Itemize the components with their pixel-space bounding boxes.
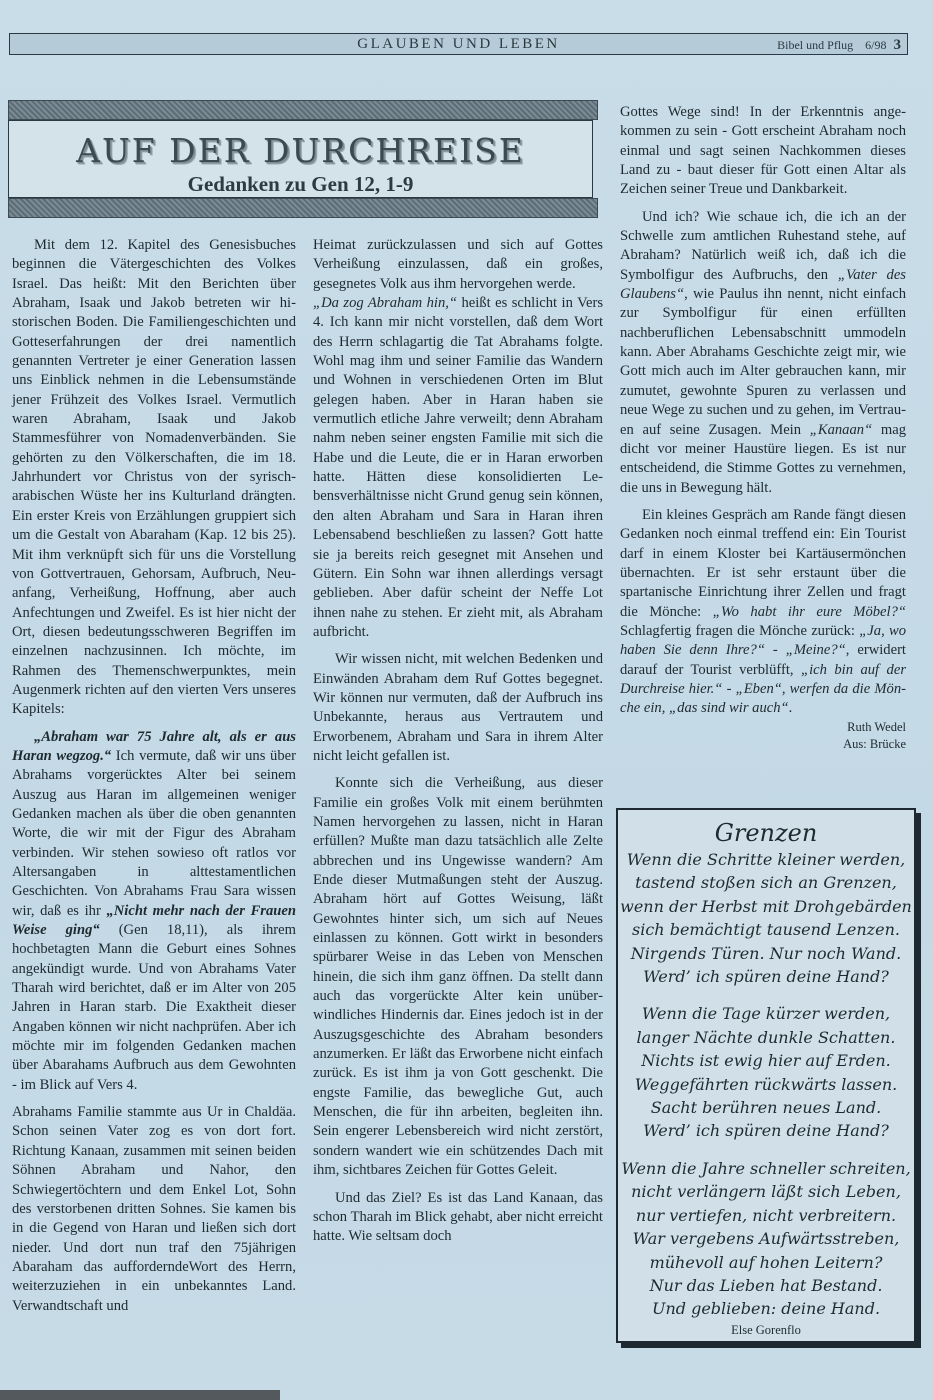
poem-box: Grenzen Wenn die Schritte kleiner werden… <box>616 808 916 1343</box>
article-source: Aus: Brücke <box>620 736 906 753</box>
article-subtitle: Gedanken zu Gen 12, 1-9 <box>9 172 592 197</box>
quote: „Kanaan“ <box>810 422 872 438</box>
title-panel: AUF DER DURCHREISE Gedanken zu Gen 12, 1… <box>8 120 593 198</box>
article-title-box: AUF DER DURCHREISE Gedanken zu Gen 12, 1… <box>8 100 598 218</box>
poem-line: nur vertiefen, nicht verbreitern. <box>618 1204 914 1227</box>
poem-title: Grenzen <box>618 818 914 848</box>
poem-line: Und geblieben: deine Hand. <box>618 1297 914 1320</box>
paragraph: „Abraham war 75 Jahre alt, als er aus Ha… <box>12 728 296 1096</box>
poem-author: Else Gorenflo <box>618 1323 914 1338</box>
poem-line: mühevoll auf hohen Leitern? <box>618 1251 914 1274</box>
article-column-left: Mit dem 12. Kapitel des Genesisbuches be… <box>12 236 296 1316</box>
poem-line: Werd’ ich spüren deine Hand? <box>618 1119 914 1142</box>
paragraph: Gottes Wege sind! In der Erkenntnis ange… <box>620 103 906 200</box>
article-title: AUF DER DURCHREISE <box>9 131 592 170</box>
poem-line: Wenn die Schritte kleiner werden, <box>618 848 914 871</box>
section-title: GLAUBEN UND LEBEN <box>10 36 907 53</box>
poem-stanza: Wenn die Schritte kleiner werden, tasten… <box>618 848 914 988</box>
hatched-border-top <box>8 100 598 120</box>
hatched-border-bottom <box>8 198 598 218</box>
poem-line: Wenn die Tage kürzer werden, <box>618 1002 914 1025</box>
paragraph: Mit dem 12. Kapitel des Genesisbuches be… <box>12 236 296 720</box>
bible-quote: „Da zog Abraham hin,“ <box>313 295 457 311</box>
poem-line: Wenn die Jahre schneller schreiten, <box>618 1157 914 1180</box>
poem-line: Nichts ist ewig hier auf Erden. <box>618 1049 914 1072</box>
poem-line: nicht verlängern läßt sich Leben, <box>618 1180 914 1203</box>
page-number: 3 <box>894 37 902 53</box>
paragraph: Und das Ziel? Es ist das Land Kanaan, da… <box>313 1189 603 1247</box>
paragraph: Ein kleines Gespräch am Rande fängt dies… <box>620 506 906 719</box>
poem-line: Sacht berühren neues Land. <box>618 1096 914 1119</box>
page-header: GLAUBEN UND LEBEN Bibel und Pflug 6/98 3 <box>9 33 908 55</box>
poem-line: Nur das Lieben hat Bestand. <box>618 1274 914 1297</box>
article-author: Ruth Wedel <box>620 719 906 736</box>
poem-line: sich bemächtigt tausend Lenzen. <box>618 918 914 941</box>
magazine-page: GLAUBEN UND LEBEN Bibel und Pflug 6/98 3… <box>0 0 933 1400</box>
poem-line: tastend stoßen sich an Grenzen, <box>618 871 914 894</box>
poem-line: Nirgends Türen. Nur noch Wand. <box>618 942 914 965</box>
quote: „Wo habt ihr eure Möbel?“ <box>713 604 906 620</box>
paragraph: „Da zog Abraham hin,“ heißt es schlicht … <box>313 294 603 642</box>
page-edge-shadow <box>0 1390 280 1400</box>
paragraph: Und ich? Wie schaue ich, die ich an der … <box>620 208 906 498</box>
publication-name: Bibel und Pflug <box>777 38 853 52</box>
poem-line: wenn der Herbst mit Drohgebärden <box>618 895 914 918</box>
poem-line: Weggefährten rückwärts lassen. <box>618 1073 914 1096</box>
article-column-right: Gottes Wege sind! In der Erkenntnis ange… <box>620 103 906 753</box>
paragraph: Heimat zurückzulassen und sich auf Gotte… <box>313 236 603 294</box>
article-column-middle: Heimat zurückzulassen und sich auf Gotte… <box>313 236 603 1247</box>
poem-stanza: Wenn die Jahre schneller schreiten, nich… <box>618 1157 914 1321</box>
paragraph: Konnte sich die Verheißung, aus dieser F… <box>313 774 603 1180</box>
poem-line: langer Nächte dunkle Schatten. <box>618 1026 914 1049</box>
poem-line: War vergebens Aufwärtsstreben, <box>618 1227 914 1250</box>
paragraph: Abrahams Familie stammte aus Ur in Chald… <box>12 1103 296 1316</box>
issue-number: 6/98 <box>865 38 886 52</box>
paragraph: Wir wissen nicht, mit welchen Beden­ken … <box>313 650 603 766</box>
poem-line: Werd’ ich spüren deine Hand? <box>618 965 914 988</box>
publication-info: Bibel und Pflug 6/98 3 <box>777 37 901 54</box>
poem-stanza: Wenn die Tage kürzer werden, langer Näch… <box>618 1002 914 1142</box>
